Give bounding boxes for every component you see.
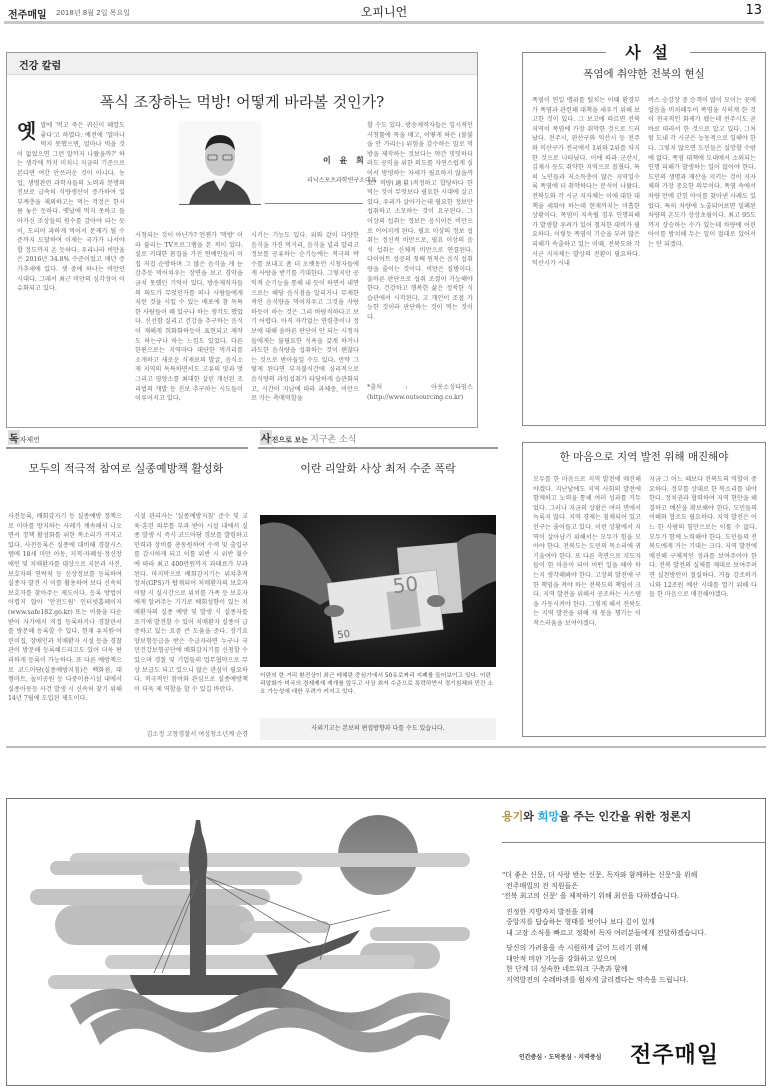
health-column-text-2: 시청되는 것이 아닌가? 언젠가 '먹방' 이라 불리는 TV프로그램을 본 적… (135, 231, 243, 419)
author-photo (179, 121, 261, 205)
header-divider (4, 21, 764, 24)
portrait-icon (179, 121, 261, 205)
ad-paragraph-2: 진정한 지방자치 발전을 위해 중앙지를 답습하는 형태를 벗어나 보다 깊이 … (502, 907, 764, 939)
section-title: 오피니언 (0, 3, 768, 20)
photo-caption: 이란의 한 거리 환전상이 최근 테헤란 중심가에서 50유로짜리 지폐를 들어… (260, 672, 496, 696)
mind-editorial-text-1: 모두를 한 마음으로 지역 발전에 매진해야겠다. 지난날에도 지역 사회의 발… (533, 475, 641, 729)
reader-column-text-2-wrap: 시설 관리자는 '실종예방지침' 준수 및 교육·훈련 의무를 부과 받아 시설… (134, 512, 248, 744)
health-column-text-1: 옛말에 '먹고 죽은 귀신이 때깔도 좋다'고 하였다. 예전에 '얼마나 먹지… (17, 121, 125, 417)
editorial-text-2: 버스 승강장 중 승객이 많이 모이는 곳에 얼음을 비치해두어 폭염을 식히게… (648, 96, 756, 414)
banknote-hands-icon: 50 50 (260, 515, 496, 667)
health-column-title: 폭식 조장하는 먹방! 어떻게 바라볼 것인가? (7, 91, 477, 112)
health-column-text-4: 할 수도 있다. 방송제작자들은 일시적인 시청률에 목을 매고, 어떻게 하든… (367, 121, 473, 381)
health-column-label: 건강 칼럼 (19, 57, 61, 72)
mind-editorial-box: 한 마음으로 지역 발전 위해 매진해야 모두를 한 마음으로 지역 발전에 매… (522, 442, 766, 737)
ad-paragraph-1: "더 좋은 신문, 더 사랑 받는 신문, 독자와 함께하는 신문"을 위해 전… (502, 870, 764, 902)
ad-tagline: 인간중심 · 도덕중심 · 지역중심 (519, 1052, 601, 1061)
reader-byline: 김소정 고창경찰서 여성청소년계 순경 (134, 730, 248, 740)
editorial-title: 폭염에 취약한 전북의 현실 (522, 66, 766, 81)
health-column: 건강 칼럼 폭식 조장하는 먹방! 어떻게 바라볼 것인가? 옛말에 '먹고 죽… (6, 52, 478, 428)
reader-column-text-2: 시설 관리자는 '실종예방지침' 준수 및 교육·훈련 의무를 부과 받아 시설… (134, 512, 248, 728)
sailing-ship-icon (30, 815, 470, 1055)
dropcap: 옛 (17, 121, 36, 141)
health-column-text-3: 시키는 기능도 있다. 위와 같이 다양한 음식을 가진 먹거리, 음식을 널리… (251, 231, 359, 419)
ad-body-text: "더 좋은 신문, 더 사랑 받는 신문, 독자와 함께하는 신문"을 위해 전… (502, 870, 764, 990)
ad-paragraph-3: 당신의 가려움을 속 시원하게 긁어 드리기 위해 대안적 비판 기능을 강화하… (502, 943, 764, 985)
disclaimer-note: 사외기고는 본보의 편집방향과 다를 수도 있습니다. (260, 718, 496, 740)
photo-news-header: 사진으로 보는 지구촌 소식 (260, 430, 357, 445)
photo-header-rule (258, 447, 498, 449)
ship-illustration (30, 815, 470, 1055)
health-column-text-4-wrap: 할 수도 있다. 방송제작자들은 일시적인 시청률에 목을 매고, 어떻게 하든… (367, 121, 473, 421)
mind-editorial-title: 한 마음으로 지역 발전 위해 매진해야 (523, 449, 765, 464)
ad-slogan: 용기와 희망을 주는 인간을 위한 정론지 (502, 808, 691, 824)
euro-banknote-photo: 50 50 (260, 515, 496, 667)
health-column-bar: 건강 칼럼 (7, 53, 477, 75)
reader-column-title: 모두의 적극적 참여로 실종예방책 활성화 (6, 460, 246, 476)
svg-text:50: 50 (391, 571, 419, 598)
ad-slogan-rule (502, 842, 766, 843)
reader-column-text-1: 사전등록, 배회감지기 등 실종예방 정책으로 미아를 방지하는 사례가 계속해… (8, 512, 122, 744)
ad-logo: 전주매일 (630, 1038, 719, 1069)
svg-text:50: 50 (337, 629, 351, 641)
mind-editorial-text-2: 지금 그 어느 때보다 전북도의 역할이 중요하다. 정부를 상대로 한 목소리… (649, 475, 757, 729)
reader-column-header: 독자제언 (8, 430, 40, 445)
section-divider (6, 746, 766, 748)
author-divider (265, 203, 363, 204)
source-credit: *출처 : 아웃소싱타임스 (http://www.outsourcing.co… (367, 383, 473, 402)
author-name: 이 윤 희 (323, 155, 367, 166)
editorial-text-1: 폭염이 연일 맹위를 떨치는 이때 환경부가 폭염과 관련해 대책을 세우기 위… (532, 96, 640, 414)
photo-news-title: 이란 리알화 사상 최저 수준 폭락 (258, 460, 498, 476)
reader-header-rule (6, 447, 248, 449)
page-number: 13 (745, 3, 762, 18)
